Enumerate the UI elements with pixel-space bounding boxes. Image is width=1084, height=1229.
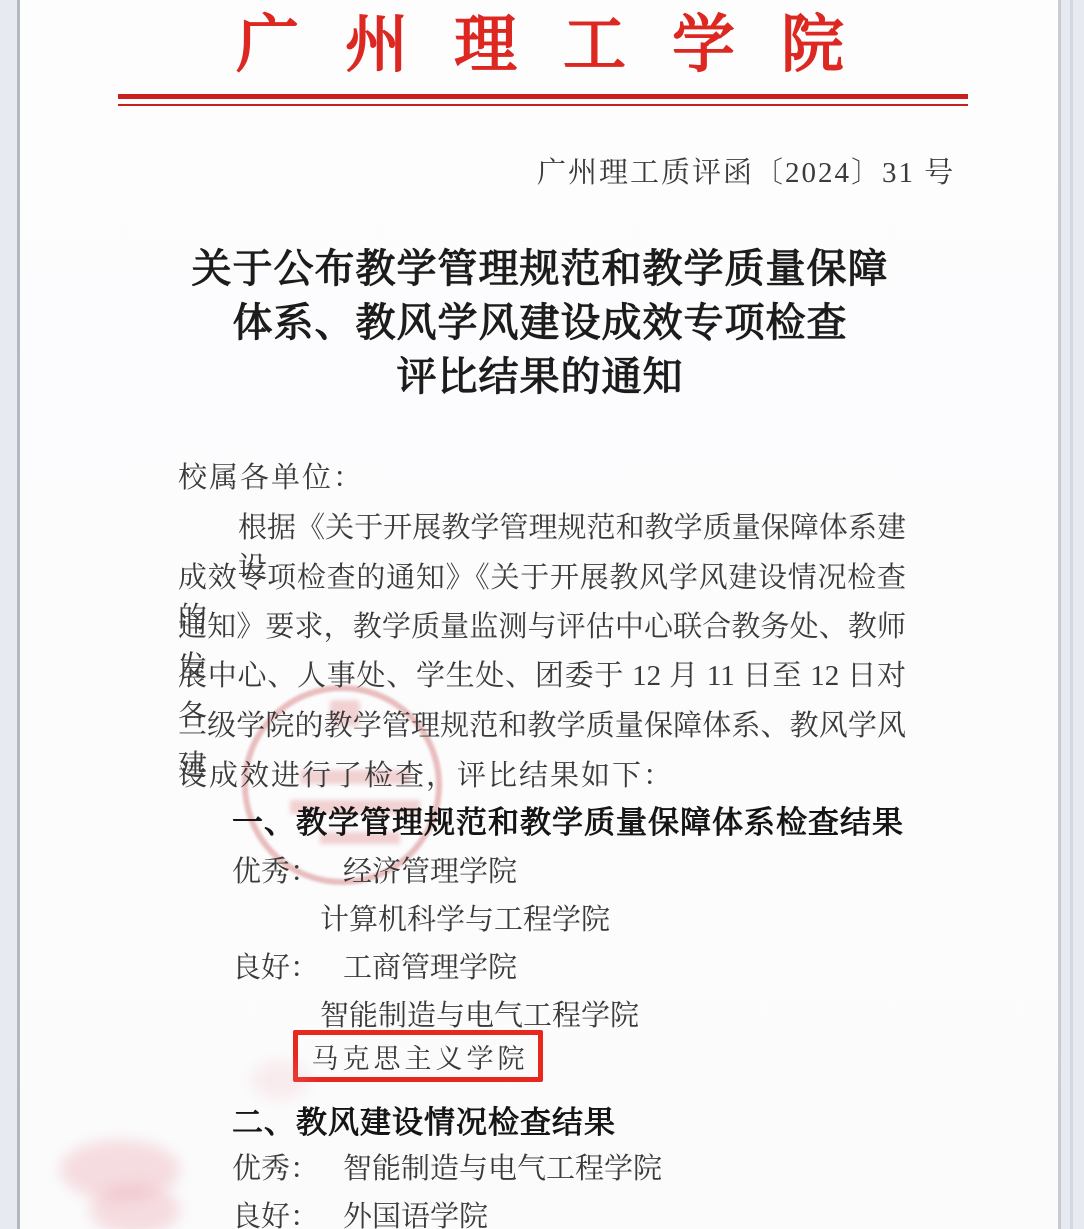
section-2-excellent-row: 优秀：智能制造与电气工程学院 — [232, 1149, 662, 1189]
letterhead-title: 广州理工学院 — [20, 6, 1060, 86]
photo-right-shadow — [1070, 0, 1073, 1229]
paper-left-edge — [17, 0, 20, 1229]
notice-title-line-2: 体系、教风学风建设成效专项检查 — [20, 300, 1060, 346]
paper-right-edge — [1058, 0, 1061, 1229]
section-2-heading: 二、教风建设情况检查结果 — [232, 1097, 616, 1142]
document-number: 广州理工质评函〔2024〕31 号 — [537, 150, 957, 191]
section-1-excellent-row: 优秀：经济管理学院 — [232, 852, 517, 892]
grade-label-excellent: 优秀： — [232, 856, 319, 888]
notice-title-line-3: 评比结果的通知 — [20, 354, 1060, 400]
section-2-good-row: 良好：外国语学院 — [232, 1197, 488, 1229]
grade-label-good: 良好： — [232, 952, 319, 984]
school-name: 经济管理学院 — [343, 856, 517, 888]
grade-label-excellent: 优秀： — [232, 1153, 319, 1185]
paragraph-line: 设成效进行了检查，评比结果如下： — [178, 756, 674, 796]
school-name: 智能制造与电气工程学院 — [343, 1153, 662, 1185]
school-name: 外国语学院 — [343, 1201, 488, 1229]
highlighted-school-name: 马克思主义学院 — [312, 1037, 529, 1076]
letterhead-divider-rule — [118, 94, 968, 106]
school-name: 工商管理学院 — [343, 952, 517, 984]
document-photo: 广州理工学院 广州理工质评函〔2024〕31 号 关于公布教学管理规范和教学质量… — [0, 0, 1084, 1229]
letterhead-text: 广州理工学院 — [236, 10, 890, 80]
section-1-heading: 一、教学管理规范和教学质量保障体系检查结果 — [232, 797, 904, 842]
notice-title-line-1: 关于公布教学管理规范和教学质量保障 — [20, 246, 1060, 292]
highlight-annotation-box: 马克思主义学院 — [293, 1030, 543, 1082]
grade-label-good: 良好： — [232, 1201, 319, 1229]
salutation: 校属各单位： — [178, 458, 364, 498]
school-name: 计算机科学与工程学院 — [320, 900, 610, 940]
section-1-good-row: 良好：工商管理学院 — [232, 948, 517, 988]
